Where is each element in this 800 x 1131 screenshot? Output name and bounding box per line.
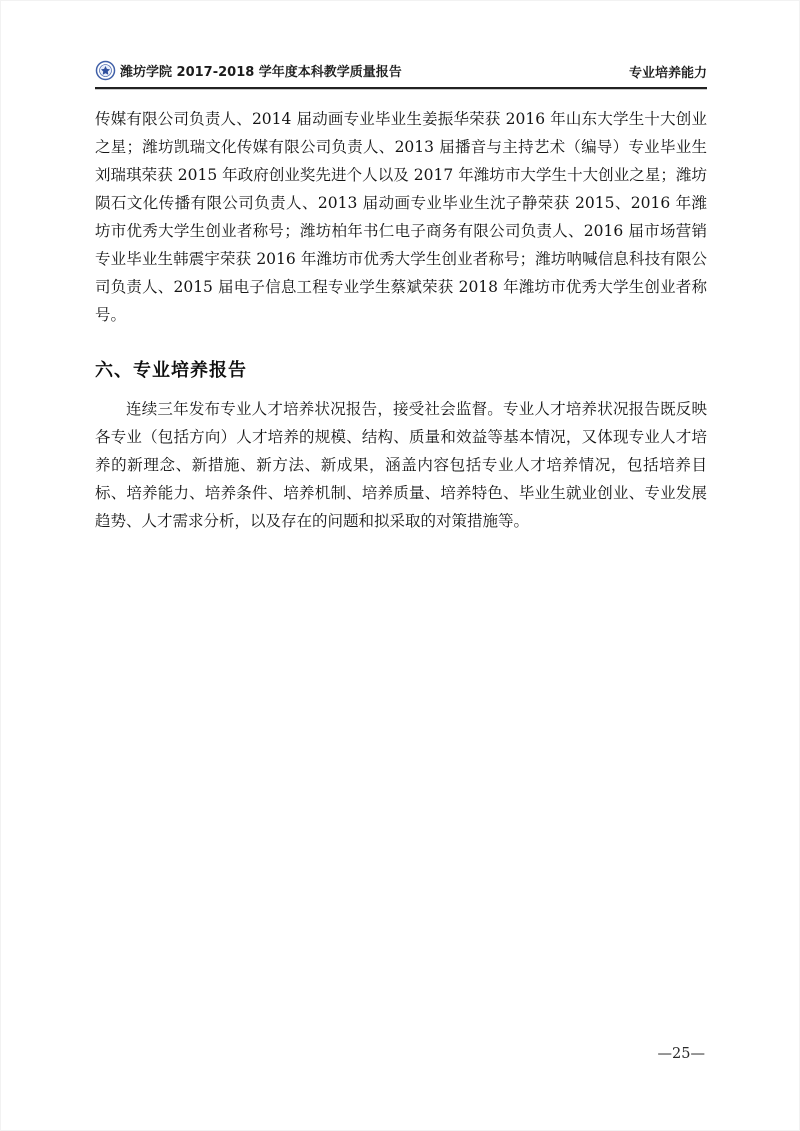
page-number: —25—: [658, 1046, 705, 1062]
section-heading: 六、专业培养报告: [95, 356, 707, 382]
university-seal-icon: [95, 60, 116, 81]
header-title: 潍坊学院 2017-2018 学年度本科教学质量报告: [120, 61, 402, 80]
paragraph-continuation: 传媒有限公司负责人、2014 届动画专业毕业生姜振华荣获 2016 年山东大学生…: [95, 105, 707, 329]
page-content: 潍坊学院 2017-2018 学年度本科教学质量报告 专业培养能力 传媒有限公司…: [95, 0, 707, 535]
document-page: 潍坊学院 2017-2018 学年度本科教学质量报告 专业培养能力 传媒有限公司…: [0, 0, 800, 1131]
header-rule: [95, 87, 707, 90]
header-section-label: 专业培养能力: [629, 62, 707, 81]
paragraph-report-intro: 连续三年发布专业人才培养状况报告，接受社会监督。专业人才培养状况报告既反映各专业…: [95, 395, 707, 535]
header-left: 潍坊学院 2017-2018 学年度本科教学质量报告: [95, 60, 402, 81]
page-header: 潍坊学院 2017-2018 学年度本科教学质量报告 专业培养能力: [95, 0, 707, 81]
